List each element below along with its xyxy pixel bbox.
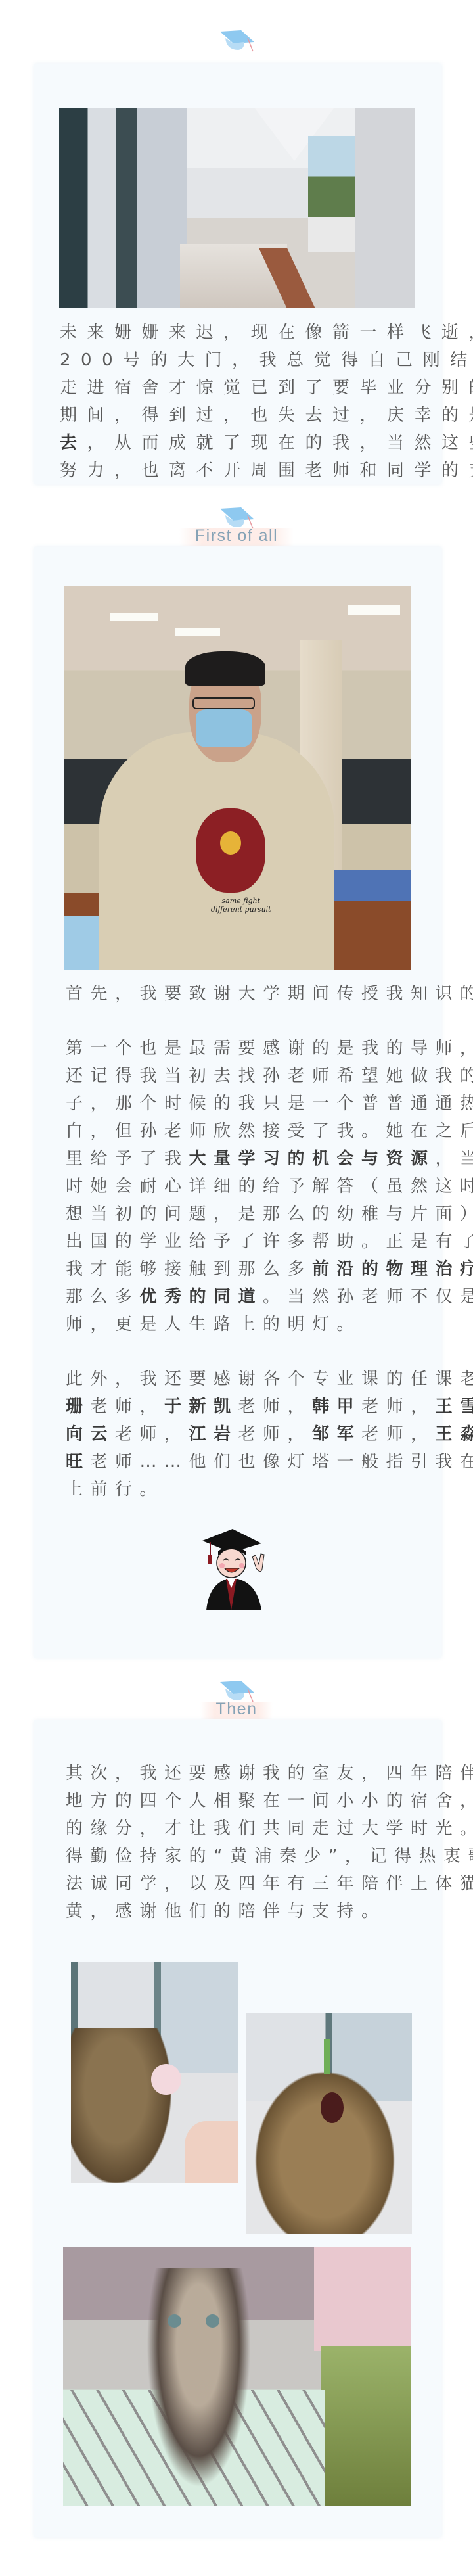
text: 那么多	[66, 1287, 140, 1307]
text-line: 走进宿舍才惊觉已到了要毕业分别的时刻了。求学	[60, 374, 473, 402]
text: 200号的大门，我总觉得自己刚结束大一的学习，	[60, 350, 473, 370]
heading-text: First of all	[179, 528, 294, 546]
bold-text: 向云	[66, 1424, 115, 1444]
text: 地方的四个人相聚在一间小小的宿舍，一定是特别	[66, 1791, 473, 1811]
bold-text: 旺	[66, 1452, 91, 1472]
text-line: 向云老师，江岩老师，邹军老师，王淼老师，张之	[66, 1420, 473, 1448]
text: ，当我遇到疑惑	[436, 1149, 473, 1169]
bold-text: 王淼	[436, 1424, 473, 1444]
text-line: 白，但孙老师欣然接受了我。她在之后的几年时间	[66, 1117, 473, 1145]
text-line: 首先，我要致谢大学期间传授我知识的老师们。	[66, 980, 473, 1008]
text: 老师，	[91, 1397, 165, 1417]
bold-text: 邹军	[312, 1424, 361, 1444]
text: 此外，我还要感谢各个专业课的任课老师，如	[66, 1369, 473, 1389]
text: 出国的学业给予了许多帮助。正是有了她的带领，	[66, 1232, 473, 1252]
kitten-photo	[63, 2247, 411, 2506]
text-line: 上前行。	[66, 1476, 473, 1503]
text: 想当初的问题，是那么的幼稚与片面），她也为我	[66, 1204, 473, 1224]
text: 老师，	[115, 1424, 189, 1444]
text-line: 的缘分，才让我们共同走过大学时光。我会一直记	[66, 1815, 473, 1842]
text-line: 地方的四个人相聚在一间小小的宿舍，一定是特别	[66, 1787, 473, 1815]
text: 第一个也是最需要感谢的是我的导师，	[66, 1039, 473, 1058]
text: 师，更是人生路上的明灯。	[66, 1315, 361, 1334]
corridor-photo: school corridor photo	[59, 108, 415, 308]
text-line: 未来姗姗来迟，现在像箭一样飞逝，走进恒仁路	[60, 319, 473, 346]
text-line: 珊老师，于新凯老师，韩甲老师，王雪强老师，刘	[66, 1393, 473, 1420]
text-line: 黄，感谢他们的陪伴与支持。	[66, 1898, 473, 1925]
graduation-cap-icon	[219, 30, 256, 53]
mentor-paragraph: 第一个也是最需要感谢的是我的导师，孙扬老师。还记得我当初去找孙老师希望她做我的导…	[66, 1035, 473, 1338]
text: 努力，也离不开周围老师和同学的支持与帮助。	[60, 461, 473, 480]
bold-text: 江岩	[189, 1424, 238, 1444]
bold-text: 大量学习的机会与资源	[189, 1149, 436, 1169]
text-line: 法诚同学，以及四年有三年陪伴上体猫咪度过的小	[66, 1870, 473, 1898]
text-line: 期间，得到过，也失去过，庆幸的是得到的大于失	[60, 402, 473, 429]
text: 老师，	[238, 1397, 313, 1417]
teachers-paragraph: 此外，我还要感谢各个专业课的任课老师，如潘珊珊老师，于新凯老师，韩甲老师，王雪强…	[66, 1365, 473, 1503]
text: 上前行。	[66, 1480, 164, 1499]
text: 得勤俭持家的“黄浦秦少”，记得热衷歌唱事业的	[66, 1846, 473, 1866]
cat-photo-2	[246, 2013, 412, 2234]
heading-text: Then	[200, 1702, 273, 1719]
hoodie-text: same fight	[221, 897, 260, 905]
hoodie-text: different pursuit	[211, 905, 271, 914]
section-heading-first-of-all: First of all	[0, 527, 473, 546]
text: 里给予了我	[66, 1149, 189, 1169]
text: 首先，我要致谢大学期间传授我知识的老师们。	[66, 984, 473, 1004]
text: 时她会耐心详细的给予解答（虽然这时候的自己回	[66, 1177, 473, 1196]
text: 还记得我当初去找孙老师希望她做我的导师时的样	[66, 1066, 473, 1086]
text: 老师，	[361, 1424, 436, 1444]
text: 。当然孙老师不仅是学习上的导	[263, 1287, 473, 1307]
text-line: 师，更是人生路上的明灯。	[66, 1311, 473, 1338]
text-line: 出国的学业给予了许多帮助。正是有了她的带领，	[66, 1228, 473, 1255]
text: 黄，感谢他们的陪伴与支持。	[66, 1902, 386, 1921]
text-line: 子，那个时候的我只是一个普普通通热爱康复的小	[66, 1090, 473, 1117]
text-line: 去，从而成就了现在的我，当然这些不只是个人的	[60, 429, 473, 457]
bold-text: 去	[60, 433, 87, 453]
bold-text: 珊	[66, 1397, 91, 1417]
bold-text: 韩甲	[312, 1397, 361, 1417]
text-line: 想当初的问题，是那么的幼稚与片面），她也为我	[66, 1200, 473, 1228]
text: 老师，	[361, 1397, 436, 1417]
text: 白，但孙老师欣然接受了我。她在之后的几年时间	[66, 1121, 473, 1141]
text-line: 得勤俭持家的“黄浦秦少”，记得热衷歌唱事业的	[66, 1842, 473, 1870]
text: 未来姗姗来迟，现在像箭一样飞逝，走进恒仁路	[60, 323, 473, 342]
student-photo: same fight different pursuit	[64, 586, 411, 970]
teachers-intro-paragraph: 首先，我要致谢大学期间传授我知识的老师们。	[66, 980, 473, 1008]
text: 走进宿舍才惊觉已到了要毕业分别的时刻了。求学	[60, 378, 473, 398]
cat-photo-1	[71, 1962, 238, 2183]
text: ，从而成就了现在的我，当然这些不只是个人的	[87, 433, 473, 453]
graduate-cartoon	[201, 1529, 273, 1610]
text: 的缘分，才让我们共同走过大学时光。我会一直记	[66, 1819, 473, 1838]
text-line: 其次，我还要感谢我的室友，四年陪伴。来自各个	[66, 1760, 473, 1787]
text: 期间，得到过，也失去过，庆幸的是	[60, 406, 473, 425]
text-line: 那么多优秀的同道。当然孙老师不仅是学习上的导	[66, 1283, 473, 1311]
text-line: 此外，我还要感谢各个专业课的任课老师，如潘珊	[66, 1365, 473, 1393]
section-heading-then: Then	[0, 1700, 473, 1719]
text-line: 时她会耐心详细的给予解答（虽然这时候的自己回	[66, 1173, 473, 1200]
bold-text: 优秀的同道	[140, 1287, 263, 1307]
text: 老师，	[238, 1424, 313, 1444]
bold-text: 前沿的物理治疗知识	[312, 1259, 473, 1279]
text: 子，那个时候的我只是一个普普通通热爱康复的小	[66, 1094, 473, 1113]
text: 我才能够接触到那么多	[66, 1259, 312, 1279]
text-line: 第一个也是最需要感谢的是我的导师，孙扬老师。	[66, 1035, 473, 1062]
intro-paragraph: 未来姗姗来迟，现在像箭一样飞逝，走进恒仁路200号的大门，我总觉得自己刚结束大一…	[60, 319, 473, 484]
text: 法诚同学，以及四年有三年陪伴上体猫咪度过的小	[66, 1874, 473, 1894]
text: 其次，我还要感谢我的室友，四年陪伴。来自各个	[66, 1764, 473, 1783]
text-line: 我才能够接触到那么多前沿的物理治疗知识，遇到	[66, 1255, 473, 1283]
bold-text: 王雪强	[436, 1397, 473, 1417]
text-line: 200号的大门，我总觉得自己刚结束大一的学习，	[60, 346, 473, 374]
text: 老师……他们也像灯塔一般指引我在漫漫求学路	[91, 1452, 473, 1472]
text-line: 还记得我当初去找孙老师希望她做我的导师时的样	[66, 1062, 473, 1090]
roommates-paragraph: 其次，我还要感谢我的室友，四年陪伴。来自各个地方的四个人相聚在一间小小的宿舍，一…	[66, 1760, 473, 1925]
text-line: 旺老师……他们也像灯塔一般指引我在漫漫求学路	[66, 1448, 473, 1476]
text-line: 里给予了我大量学习的机会与资源，当我遇到疑惑	[66, 1145, 473, 1173]
text-line: 努力，也离不开周围老师和同学的支持与帮助。	[60, 457, 473, 484]
bold-text: 于新凯	[164, 1397, 238, 1417]
